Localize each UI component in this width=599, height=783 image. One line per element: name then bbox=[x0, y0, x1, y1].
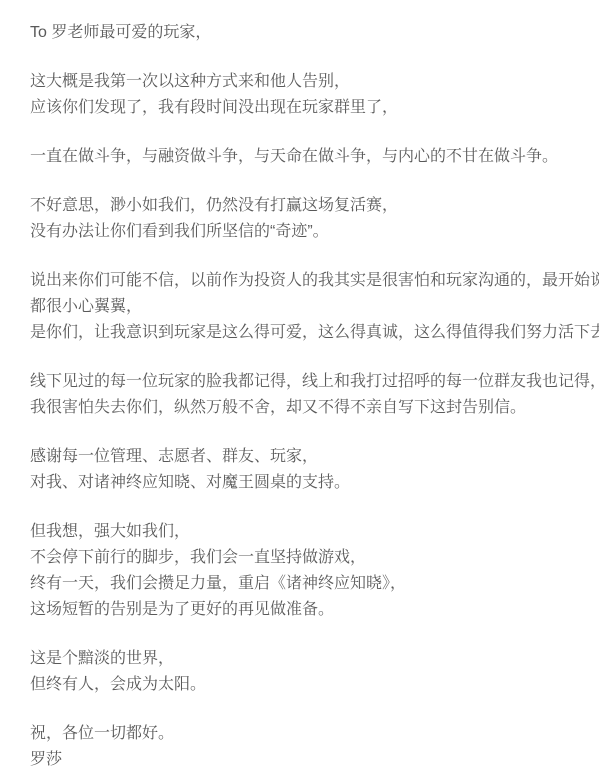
letter-line: 没有办法让你们看到我们所坚信的“奇迹”。 bbox=[30, 219, 571, 245]
letter-line: To 罗老师最可爱的玩家， bbox=[30, 20, 571, 46]
letter-line: 终有一天，我们会攒足力量，重启《诸神终应知晓》， bbox=[30, 571, 571, 597]
letter-line: 一直在做斗争，与融资做斗争，与天命在做斗争，与内心的不甘在做斗争。 bbox=[30, 144, 571, 170]
letter-paragraph: 不好意思，渺小如我们，仍然没有打赢这场复活赛，没有办法让你们看到我们所坚信的“奇… bbox=[30, 193, 571, 245]
letter-body: To 罗老师最可爱的玩家，这大概是我第一次以这种方式来和他人告别，应该你们发现了… bbox=[0, 0, 599, 773]
letter-line: 都很小心翼翼， bbox=[30, 294, 571, 320]
letter-line: 感谢每一位管理、志愿者、群友、玩家， bbox=[30, 444, 571, 470]
letter-line: 不会停下前行的脚步，我们会一直坚持做游戏， bbox=[30, 545, 571, 571]
letter-paragraph: 祝，各位一切都好。罗莎 bbox=[30, 721, 571, 773]
letter-line: 祝，各位一切都好。 bbox=[30, 721, 571, 747]
letter-paragraph: 这大概是我第一次以这种方式来和他人告别，应该你们发现了，我有段时间没出现在玩家群… bbox=[30, 69, 571, 121]
letter-line: 这是个黯淡的世界， bbox=[30, 646, 571, 672]
letter-line: 线下见过的每一位玩家的脸我都记得，线上和我打过招呼的每一位群友我也记得， bbox=[30, 369, 571, 395]
letter-line: 这场短暂的告别是为了更好的再见做准备。 bbox=[30, 597, 571, 623]
letter-paragraph: 一直在做斗争，与融资做斗争，与天命在做斗争，与内心的不甘在做斗争。 bbox=[30, 144, 571, 170]
letter-paragraph: To 罗老师最可爱的玩家， bbox=[30, 20, 571, 46]
letter-line: 我很害怕失去你们，纵然万般不舍，却又不得不亲自写下这封告别信。 bbox=[30, 395, 571, 421]
letter-line: 应该你们发现了，我有段时间没出现在玩家群里了， bbox=[30, 95, 571, 121]
letter-line: 罗莎 bbox=[30, 747, 571, 773]
letter-paragraph: 这是个黯淡的世界，但终有人，会成为太阳。 bbox=[30, 646, 571, 698]
letter-line: 不好意思，渺小如我们，仍然没有打赢这场复活赛， bbox=[30, 193, 571, 219]
letter-paragraph: 感谢每一位管理、志愿者、群友、玩家，对我、对诸神终应知晓、对魔王圆桌的支持。 bbox=[30, 444, 571, 496]
letter-paragraph: 说出来你们可能不信，以前作为投资人的我其实是很害怕和玩家沟通的，最开始说话都很小… bbox=[30, 268, 571, 346]
letter-line: 这大概是我第一次以这种方式来和他人告别， bbox=[30, 69, 571, 95]
letter-paragraph: 但我想，强大如我们，不会停下前行的脚步，我们会一直坚持做游戏，终有一天，我们会攒… bbox=[30, 519, 571, 623]
letter-line: 说出来你们可能不信，以前作为投资人的我其实是很害怕和玩家沟通的，最开始说话 bbox=[30, 268, 571, 294]
page: { "page": { "background": "#ffffff", "te… bbox=[0, 0, 599, 783]
letter-line: 但我想，强大如我们， bbox=[30, 519, 571, 545]
letter-line: 对我、对诸神终应知晓、对魔王圆桌的支持。 bbox=[30, 470, 571, 496]
letter-paragraph: 线下见过的每一位玩家的脸我都记得，线上和我打过招呼的每一位群友我也记得，我很害怕… bbox=[30, 369, 571, 421]
letter-line: 是你们，让我意识到玩家是这么得可爱，这么得真诚，这么得值得我们努力活下去。 bbox=[30, 320, 571, 346]
letter-line: 但终有人，会成为太阳。 bbox=[30, 672, 571, 698]
